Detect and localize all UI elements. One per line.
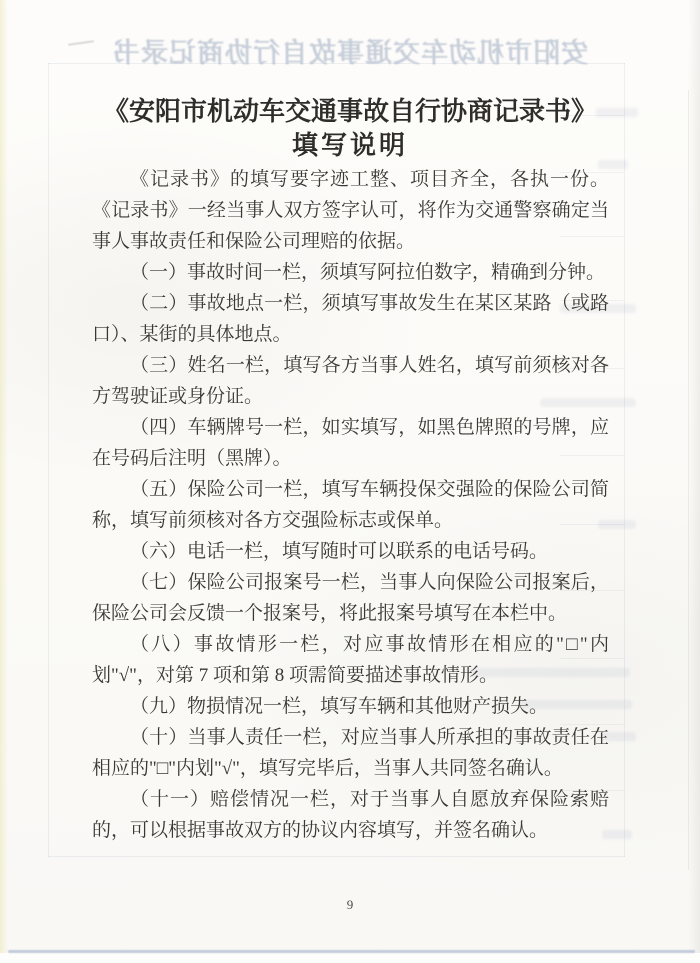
- scan-edge-bottom-line: [8, 950, 695, 953]
- bleedthrough-table-line: [48, 63, 49, 857]
- scan-page-edge-line: [688, 90, 689, 870]
- document-title: 《安阳市机动车交通事故自行协商记录书》 填写说明: [0, 95, 700, 163]
- instructions-body: 《记录书》的填写要字迹工整、项目齐全，各执一份。《记录书》一经当事人双方签字认可…: [92, 164, 609, 846]
- page-number: 9: [0, 897, 700, 913]
- item-4-plate-number: （四）车辆牌号一栏，如实填写，如黑色牌照的号牌，应在号码后注明（黑牌）。: [92, 412, 609, 474]
- scan-edge-bottom-paper: [0, 953, 700, 963]
- document-title-line1: 《安阳市机动车交通事故自行协商记录书》: [103, 97, 597, 126]
- scanned-document-page: 安阳市机动车交通事故自行协商记录书 《安阳市机动车交通事故自行协商记录书》 填写…: [0, 0, 700, 963]
- scan-edge-left: [0, 0, 8, 963]
- scan-edge-right: [688, 0, 700, 963]
- item-5-insurance-company: （五）保险公司一栏，填写车辆投保交强险的保险公司简称，填写前须核对各方交强险标志…: [92, 474, 609, 536]
- scan-smudge-mark: [68, 40, 94, 46]
- bleedthrough-table-line: [48, 63, 625, 64]
- paragraph-intro: 《记录书》的填写要字迹工整、项目齐全，各执一份。《记录书》一经当事人双方签字认可…: [92, 164, 609, 257]
- item-3-party-name: （三）姓名一栏，填写各方当事人姓名，填写前须核对各方驾驶证或身份证。: [92, 350, 609, 412]
- bleedthrough-mirrored-title: 安阳市机动车交通事故自行协商记录书: [0, 31, 700, 70]
- bleedthrough-table-line: [624, 63, 625, 857]
- item-10-party-responsibility: （十）当事人责任一栏，对应当事人所承担的事故责任在相应的"□"内划"√"，填写完…: [92, 722, 609, 784]
- item-6-phone: （六）电话一栏，填写随时可以联系的电话号码。: [92, 536, 609, 567]
- item-7-insurance-report-number: （七）保险公司报案号一栏，当事人向保险公司报案后，保险公司会反馈一个报案号，将此…: [92, 567, 609, 629]
- item-9-property-damage: （九）物损情况一栏，填写车辆和其他财产损失。: [92, 691, 609, 722]
- item-1-accident-time: （一）事故时间一栏，须填写阿拉伯数字，精确到分钟。: [92, 257, 609, 288]
- document-title-line2: 填写说明: [0, 129, 700, 163]
- item-11-compensation: （十一）赔偿情况一栏，对于当事人自愿放弃保险索赔的，可以根据事故双方的协议内容填…: [92, 784, 609, 846]
- bleedthrough-table-line: [48, 856, 625, 857]
- item-2-accident-location: （二）事故地点一栏，须填写事故发生在某区某路（或路口）、某街的具体地点。: [92, 288, 609, 350]
- item-8-accident-situation: （八）事故情形一栏，对应事故情形在相应的"□"内划"√"，对第 7 项和第 8 …: [92, 629, 609, 691]
